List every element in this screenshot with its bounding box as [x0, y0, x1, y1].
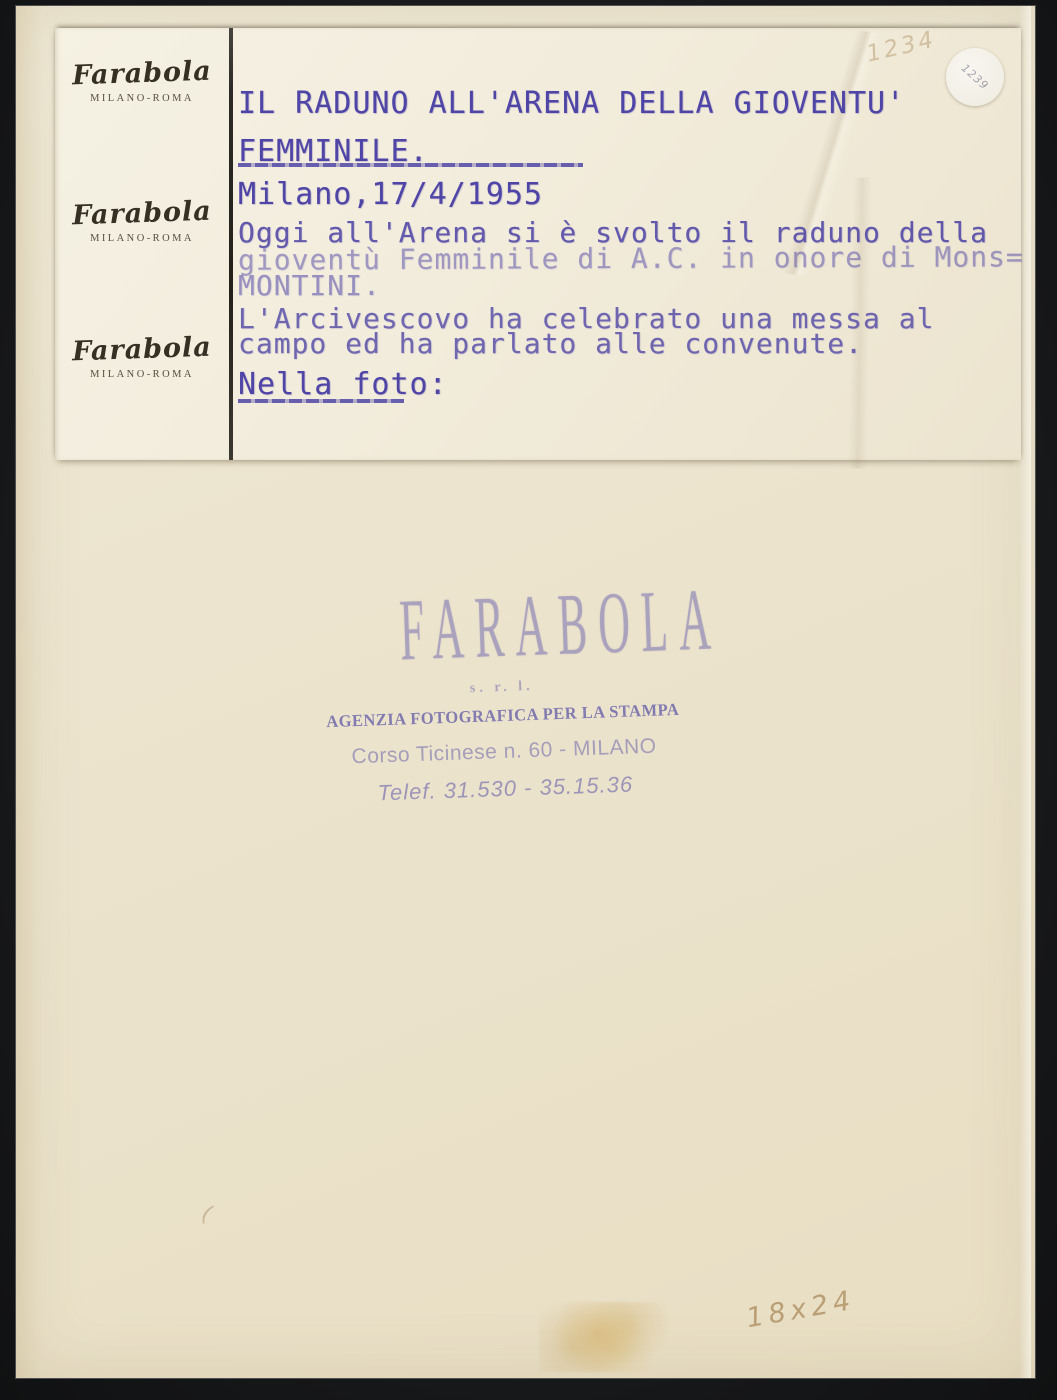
- paper-edge-shade: [16, 6, 42, 1378]
- agency-cities-label: MILANO-ROMA: [65, 232, 219, 244]
- paper-stain: [539, 1302, 669, 1372]
- caption-body-line5: campo ed ha parlato alle convenute.: [238, 327, 863, 360]
- caption-title-line1: IL RADUNO ALL'ARENA DELLA GIOVENTU': [238, 86, 905, 121]
- agency-cities-label: MILANO-ROMA: [65, 92, 219, 104]
- stamp-phone: Telef. 31.530 - 35.15.36: [305, 769, 706, 809]
- stamp-company-type: s. r. l.: [302, 673, 702, 703]
- stamp-address: Corso Ticinese n. 60 - MILANO: [304, 733, 705, 771]
- caption-card: Farabola MILANO-ROMA Farabola MILANO-ROM…: [55, 28, 1021, 460]
- stamp-tagline: AGENZIA FOTOGRAFICA PER LA STAMPA: [309, 699, 697, 733]
- caption-dateline: Milano,17/4/1955: [238, 177, 543, 212]
- sticker-scribble-text: 1239: [959, 61, 991, 92]
- column-divider-line: [229, 28, 233, 460]
- agency-name-script: Farabola: [61, 55, 224, 92]
- caption-body-line3: MONTINI.: [238, 269, 381, 302]
- agency-letterhead: Farabola MILANO-ROMA: [61, 334, 223, 380]
- round-sticker: 1239: [946, 48, 1004, 106]
- photo-back-paper: Farabola MILANO-ROMA Farabola MILANO-ROM…: [16, 6, 1035, 1378]
- agency-cities-label: MILANO-ROMA: [65, 368, 219, 380]
- stamp-agency-name: FARABOLA: [398, 581, 601, 676]
- photo-ref-underline: [238, 399, 404, 403]
- agency-name-script: Farabola: [61, 195, 224, 232]
- handwritten-print-size: 18x24: [744, 1285, 857, 1335]
- handwritten-tick-mark: (: [198, 1201, 214, 1227]
- photo-scan: Farabola MILANO-ROMA Farabola MILANO-ROM…: [0, 0, 1057, 1400]
- title-underline: [238, 163, 583, 167]
- agency-name-script: Farabola: [61, 331, 224, 368]
- agency-ink-stamp: FARABOLA s. r. l. AGENZIA FOTOGRAFICA PE…: [298, 577, 705, 809]
- agency-letterhead: Farabola MILANO-ROMA: [61, 58, 223, 104]
- caption-photo-ref: Nella foto:: [238, 367, 448, 402]
- agency-letterhead: Farabola MILANO-ROMA: [61, 198, 223, 244]
